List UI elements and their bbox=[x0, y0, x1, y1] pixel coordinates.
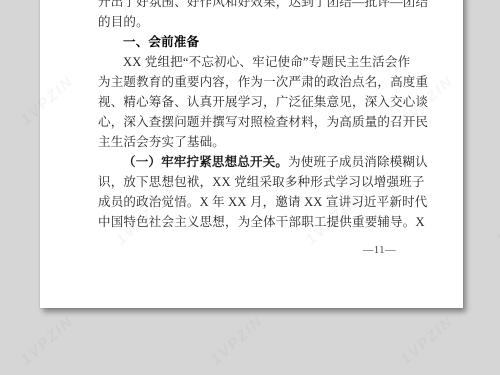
watermark: 1VPZIN bbox=[208, 313, 267, 369]
watermark: 1VPZIN bbox=[493, 0, 500, 8]
document-line: 开出了好氛围、好作风和好效果，达到了团结—批评—团结 bbox=[98, 0, 422, 12]
document-line: 成员的政治觉悟。X 年 XX 月，邀请 XX 宣讲习近平新时代 bbox=[98, 192, 422, 212]
section-heading: 一、会前准备 bbox=[98, 32, 422, 52]
watermark: 1VPZIN bbox=[398, 313, 457, 369]
document-line: 视、精心筹备、认真开展学习，广泛征集意见，深入交心谈 bbox=[98, 92, 422, 112]
document-line: 为主题教育的重要内容，作为一次严肃的政治点名，高度重 bbox=[98, 72, 422, 92]
page-background: 开出了好氛围、好作风和好效果，达到了团结—批评—团结 的目的。 一、会前准备 X… bbox=[0, 0, 500, 375]
page-number: —11— bbox=[98, 244, 422, 258]
document-line: 主生活会夯实了基础。 bbox=[98, 132, 422, 152]
document-line: 识，放下思想包袱，XX 党组采取多种形式学习以增强班子 bbox=[98, 172, 422, 192]
document-page: 开出了好氛围、好作风和好效果，达到了团结—批评—团结 的目的。 一、会前准备 X… bbox=[40, 0, 463, 308]
document-line: 心，深入查摆问题并撰写对照检查材料，为高质量的召开民 bbox=[98, 112, 422, 132]
document-line: （一）牢牢拧紧思想总开关。为使班子成员消除模糊认 bbox=[98, 152, 422, 172]
document-line: XX 党组把“不忘初心、牢记使命”专题民主生活会作 bbox=[98, 52, 422, 72]
subsection-heading: （一）牢牢拧紧思想总开关。 bbox=[123, 155, 288, 169]
document-body: 开出了好氛围、好作风和好效果，达到了团结—批评—团结 的目的。 一、会前准备 X… bbox=[98, 0, 422, 232]
document-line-text: 为使班子成员消除模糊认 bbox=[288, 155, 428, 169]
document-line: 的目的。 bbox=[98, 12, 422, 32]
document-line: 中国特色社会主义思想，为全体干部职工提供重要辅导。X bbox=[98, 212, 422, 232]
watermark: 1VPZIN bbox=[18, 313, 77, 369]
watermark: 1VPZIN bbox=[493, 193, 500, 249]
